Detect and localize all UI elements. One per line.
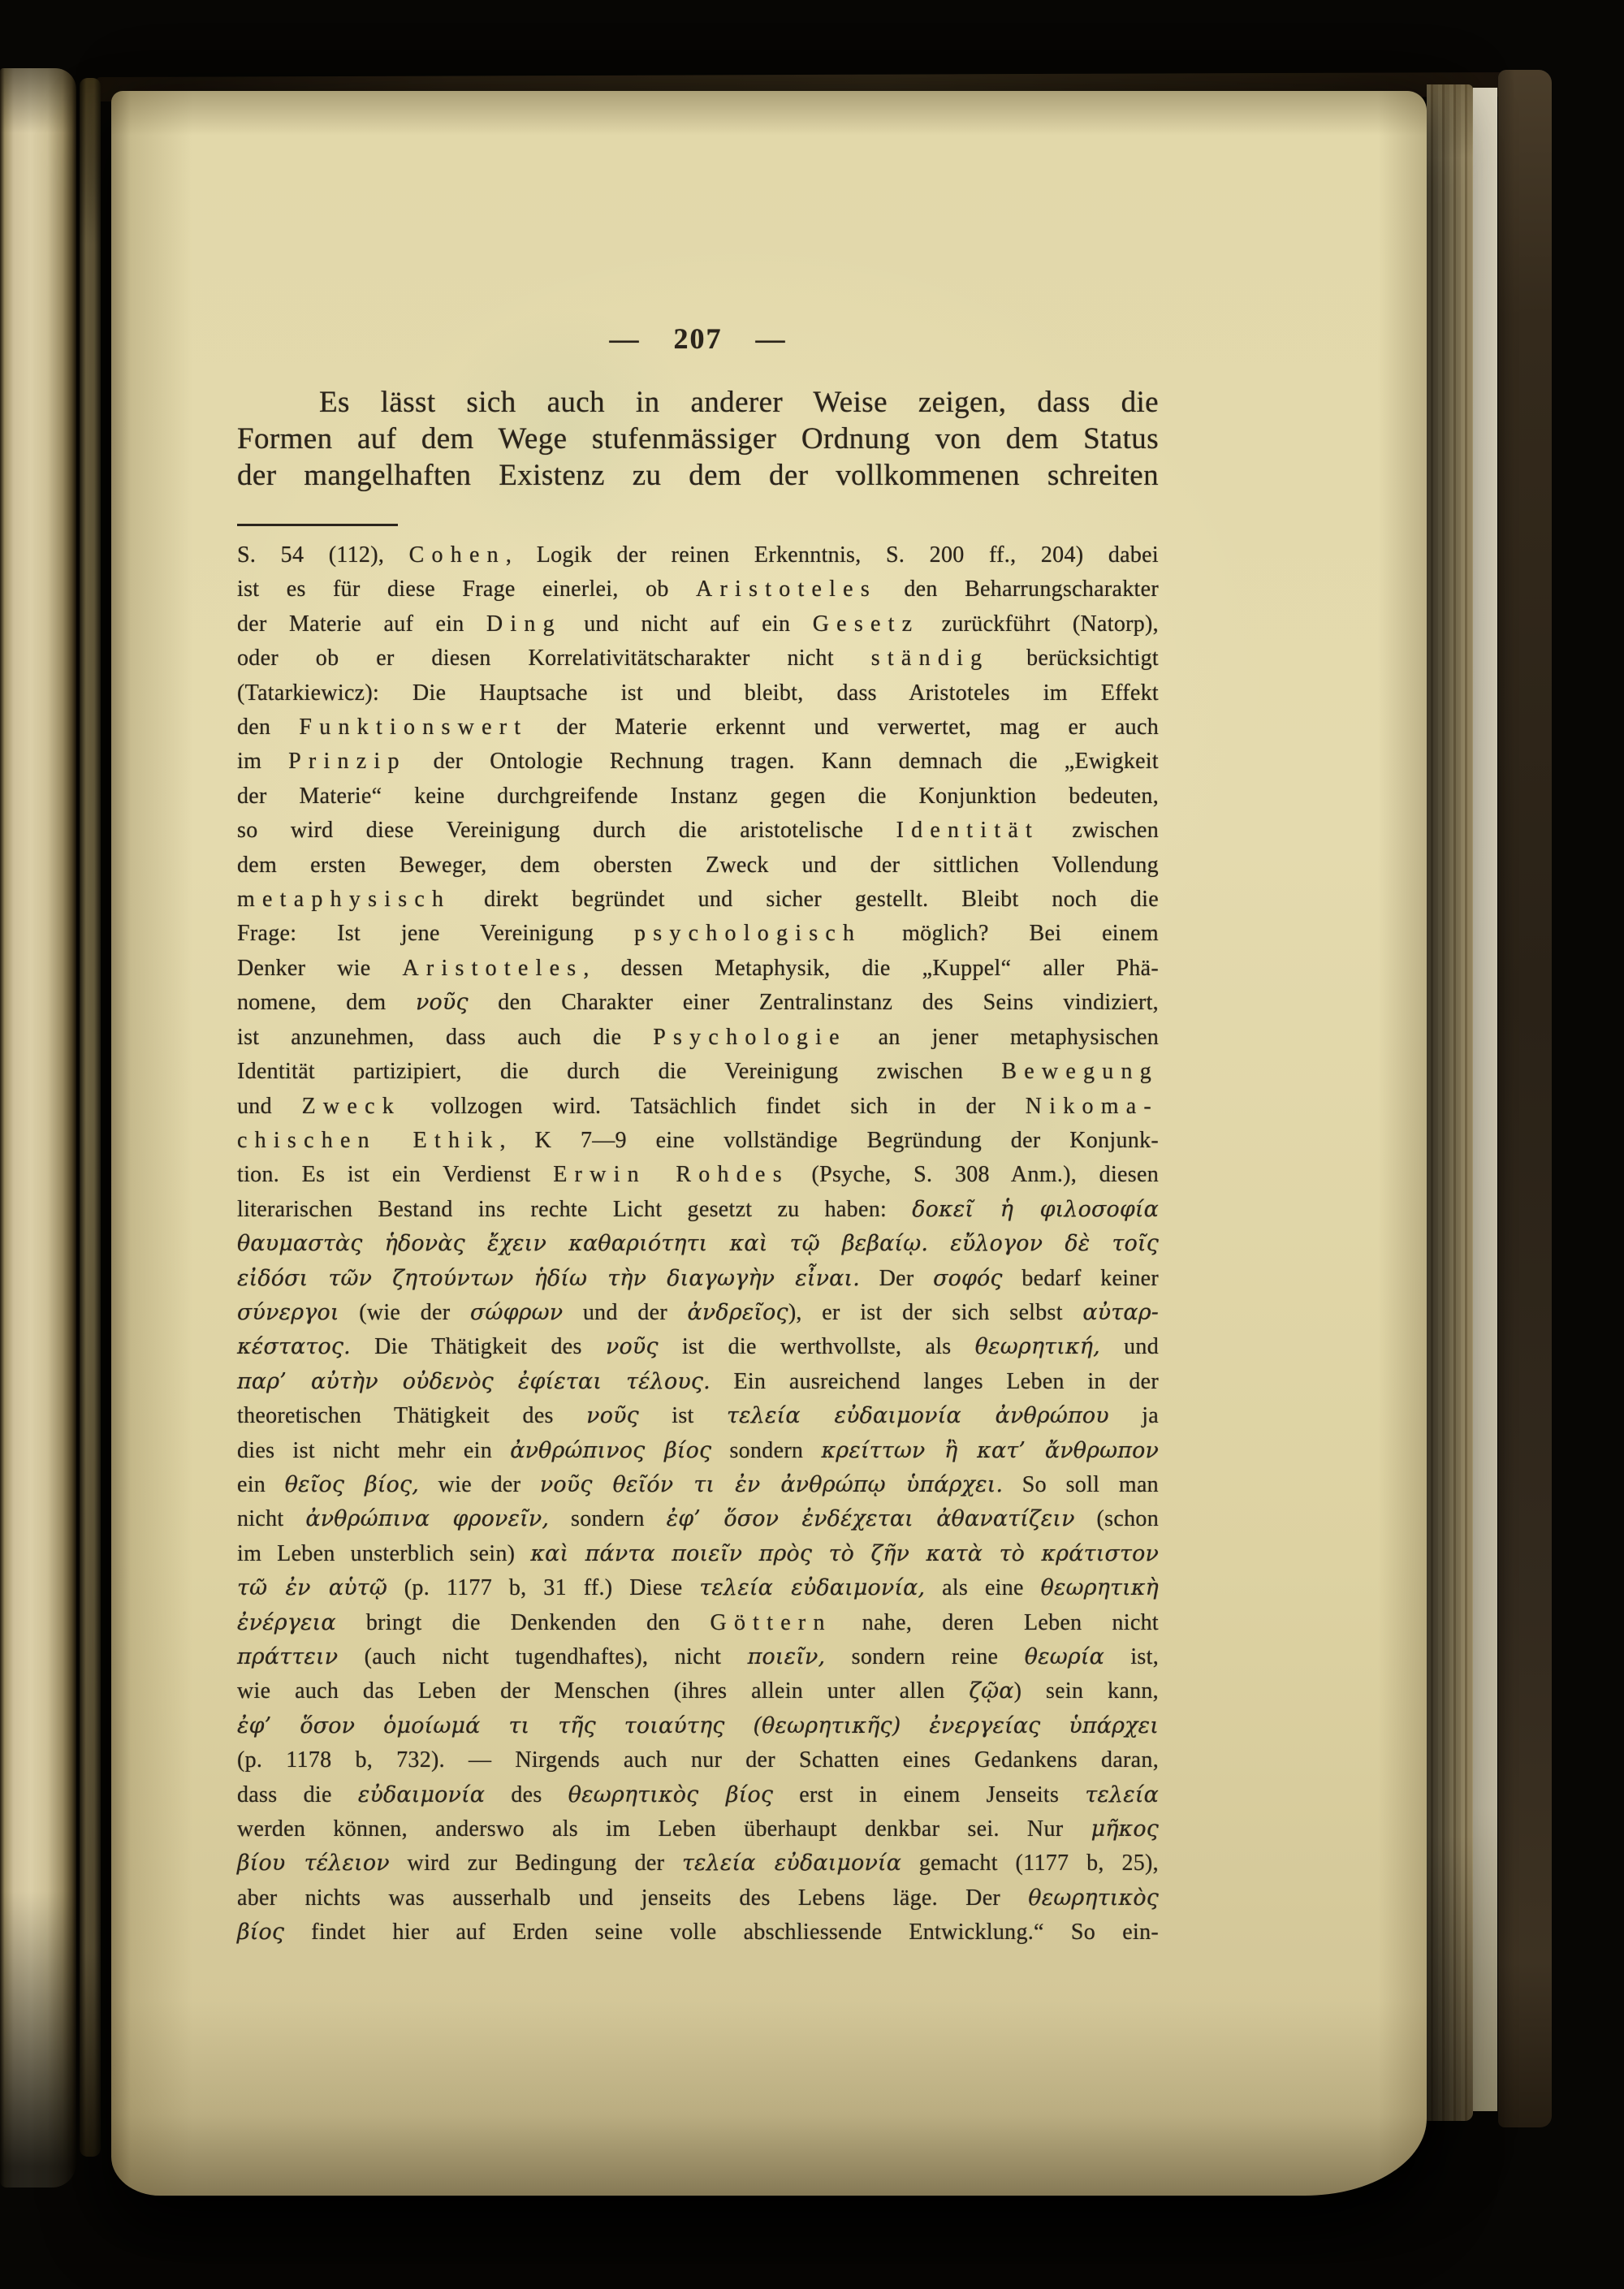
text-segment: (schon [1075,1506,1159,1531]
letterspaced-text-segment: Aristoteles [696,577,877,602]
text-segment: Es lässt sich auch in anderer Weise zeig… [319,386,1159,419]
text-segment: ist, [1104,1644,1159,1669]
text-segment: tion. Es ist ein Verdienst [237,1162,553,1187]
text-segment: ist [639,1403,727,1428]
letterspaced-text-segment: psychologisch [634,921,862,946]
text-segment: als eine [925,1575,1040,1600]
greek-text-segment: νοῦς [586,1403,639,1428]
text-line: werden können, anderswo als im Leben übe… [237,1812,1159,1846]
text-segment: der Materie“ keine durchgreifende Instan… [237,784,1159,809]
text-segment: dies ist nicht mehr ein [237,1438,510,1463]
text-segment: (wie der [339,1300,470,1325]
text-segment: bedarf keiner [1003,1266,1159,1291]
text-line: metaphysisch direkt begründet und sicher… [237,883,1159,917]
text-line: Denker wie Aristoteles, dessen Metaphysi… [237,952,1159,986]
page-stack-inner-edge [1473,88,1497,2111]
greek-text-segment: βίου τέλειον [237,1851,390,1876]
text-segment: ist anzunehmen, dass auch die [237,1025,653,1050]
letterspaced-text-segment: Erwin Rohdes [553,1162,789,1187]
greek-text-segment: σώφρων [470,1300,563,1325]
greek-text-segment: ποιεῖν, [748,1644,826,1669]
text-segment: ja [1109,1403,1159,1428]
text-line: παρ’ αὐτὴν οὐδενὸς ἐφίεται τέλους. Ein a… [237,1365,1159,1399]
letterspaced-text-segment: ständig [871,646,990,671]
greek-text-segment: ζῷα [969,1678,1013,1704]
text-line: aber nichts was ausserhalb und jenseits … [237,1881,1159,1915]
text-segment: wird zur Bedingung der [390,1851,682,1876]
greek-text-segment: θαυμαστὰς ἡδονὰς ἔχειν καθαριότητι καὶ τ… [237,1231,1159,1256]
greek-text-segment: θεωρητικὸς [1028,1885,1159,1911]
text-segment: erst in einem Jenseits [773,1782,1085,1807]
text-line: dem ersten Beweger, dem obersten Zweck u… [237,849,1159,883]
letterspaced-text-segment: Zweck [302,1094,401,1119]
letterspaced-text-segment: Prinzip [288,749,407,774]
text-segment: Formen auf dem Wege stufenmässiger Ordnu… [237,422,1159,456]
text-segment: sondern [549,1506,667,1531]
text-segment: so wird diese Vereinigung durch die aris… [237,818,896,843]
book-gutter [80,78,101,2157]
letterspaced-text-segment: Identität [896,818,1039,843]
greek-text-segment: σοφός [933,1266,1003,1291]
text-line: Formen auf dem Wege stufenmässiger Ordnu… [237,421,1159,457]
greek-text-segment: τῶ ἐν αὑτῷ [237,1575,387,1600]
text-line: im Leben unsterblich sein) καὶ πάντα ποι… [237,1537,1159,1571]
text-segment: oder ob er diesen Korrelativitätscharakt… [237,646,871,671]
text-line: S. 54 (112), Cohen, Logik der reinen Erk… [237,538,1159,572]
text-line: ἐφ’ ὅσον ὁμοίωμά τι τῆς τοιαύτης (θεωρητ… [237,1709,1159,1743]
book-cover-edge [1498,70,1552,2127]
text-segment: bringt die Denkenden den [336,1610,710,1635]
text-segment: berücksichtigt [989,646,1159,671]
text-line: Identität partizipiert, die durch die Ve… [237,1055,1159,1089]
greek-text-segment: δοκεῖ ἡ φιλοσοφία [912,1197,1159,1222]
text-line: κέστατος. Die Thätigkeit des νοῦς ist di… [237,1330,1159,1364]
text-segment: sondern reine [825,1644,1024,1669]
text-segment: ist die werthvollste, als [659,1334,975,1359]
letterspaced-text-segment: Cohen [409,542,506,568]
letterspaced-text-segment: Ding [486,611,562,637]
greek-text-segment: ἐφ’ ὅσον ἐνδέχεται ἀθανατίζειν [667,1506,1075,1531]
text-segment: des [485,1782,568,1807]
text-line: so wird diese Vereinigung durch die aris… [237,814,1159,848]
letterspaced-text-segment: Göttern [710,1610,831,1635]
text-segment: Ein ausreichend langes Leben in der [710,1369,1159,1394]
greek-text-segment: παρ’ αὐτὴν οὐδενὸς ἐφίεται τέλους. [237,1369,710,1394]
greek-text-segment: εἰδόσι τῶν ζητούντων ἡδίω τὴν διαγωγὴν ε… [237,1266,860,1291]
greek-text-segment: κέστατος. [237,1334,351,1359]
text-line: Frage: Ist jene Vereinigung psychologisc… [237,917,1159,951]
greek-text-segment: ἐνέργεια [237,1610,336,1635]
text-segment: Identität partizipiert, die durch die Ve… [237,1059,1001,1084]
letterspaced-text-segment: Psychologie [653,1025,847,1050]
text-segment: S. 54 (112), [237,542,409,568]
text-segment: So soll man [1003,1472,1159,1497]
text-segment: nomene, dem [237,990,416,1015]
letterspaced-text-segment: Nikoma- [1026,1094,1159,1119]
book-page: — 207 — Es lässt sich auch in anderer We… [111,91,1427,2196]
text-segment: der mangelhaften Existenz zu dem der vol… [237,459,1159,492]
text-segment: (auch nicht tugendhaftes), nicht [338,1644,747,1669]
text-line: ἐνέργεια bringt die Denkenden den Götter… [237,1606,1159,1640]
greek-text-segment: πράττειν [237,1644,338,1669]
text-segment: der Ontologie Rechnung tragen. Kann demn… [407,749,1159,774]
text-line: (Tatarkiewicz): Die Hauptsache ist und b… [237,676,1159,710]
greek-text-segment: ἀνδρεῖος [688,1300,788,1325]
greek-text-segment: θεωρητικὴ [1041,1575,1159,1600]
letterspaced-text-segment: Aristoteles [402,956,583,981]
text-segment: und nicht auf ein [562,611,813,637]
text-line: θαυμαστὰς ἡδονὰς ἔχειν καθαριότητι καὶ τ… [237,1227,1159,1261]
book-scan: — 207 — Es lässt sich auch in anderer We… [0,0,1624,2289]
text-line: der Materie auf ein Ding und nicht auf e… [237,607,1159,641]
footnote-separator [237,524,398,526]
text-segment: ist es für diese Frage einerlei, ob [237,577,696,602]
greek-text-segment: θεωρία [1025,1644,1104,1669]
letterspaced-text-segment: chischen Ethik [237,1128,500,1153]
text-line: und Zweck vollzogen wird. Tatsächlich fi… [237,1090,1159,1124]
text-segment: (p. 1178 b, 732). — Nirgends auch nur de… [237,1747,1159,1773]
text-segment: dem ersten Beweger, dem obersten Zweck u… [237,853,1159,878]
greek-text-segment: θεῖος βίος, [285,1472,419,1497]
text-segment: (Tatarkiewicz): Die Hauptsache ist und b… [237,680,1159,706]
text-segment: ein [237,1472,285,1497]
text-segment: den Charakter einer Zentralinstanz des S… [469,990,1159,1015]
text-segment: (Psyche, S. 308 Anm.), diesen [789,1162,1159,1187]
text-segment: nicht [237,1506,305,1531]
text-line: nicht ἀνθρώπινα φρονεῖν, sondern ἐφ’ ὅσο… [237,1502,1159,1536]
text-segment: Frage: Ist jene Vereinigung [237,921,634,946]
text-segment: Denker wie [237,956,402,981]
text-line: βίος findet hier auf Erden seine volle a… [237,1915,1159,1950]
main-paragraph: Es lässt sich auch in anderer Weise zeig… [237,384,1159,494]
text-segment: ) sein kann, [1014,1678,1159,1704]
greek-text-segment: ἀνθρώπινα φρονεῖν, [305,1506,549,1531]
text-segment: zurückführt (Natorp), [919,611,1159,637]
text-segment: , K 7—9 eine vollständige Begründung der… [500,1128,1160,1153]
text-line: literarischen Bestand ins rechte Licht g… [237,1193,1159,1227]
footnote-block: S. 54 (112), Cohen, Logik der reinen Erk… [237,538,1159,1950]
text-line: wie auch das Leben der Menschen (ihres a… [237,1674,1159,1708]
text-segment: , dessen Metaphysik, die „Kuppel“ aller … [583,956,1159,981]
greek-text-segment: νοῦς θεῖόν τι ἐν ἀνθρώπῳ ὑπάρχει. [540,1472,1003,1497]
text-line: der mangelhaften Existenz zu dem der vol… [237,457,1159,494]
text-line: dies ist nicht mehr ein ἀνθρώπινος βίος … [237,1434,1159,1468]
text-segment: theoretischen Thätigkeit des [237,1403,586,1428]
letterspaced-text-segment: metaphysisch [237,887,451,912]
greek-text-segment: νοῦς [416,990,469,1015]
greek-text-segment: θεωρητικὸς βίος [568,1782,773,1807]
previous-page-edge [0,68,76,2188]
greek-text-segment: τελεία εὐδαιμονία ἀνθρώπου [727,1403,1109,1428]
text-segment: aber nichts was ausserhalb und jenseits … [237,1885,1028,1911]
text-line: ist anzunehmen, dass auch die Psychologi… [237,1021,1159,1055]
page-number: — 207 — [237,322,1159,356]
page-stack-edge [1427,84,1473,2121]
text-line: εἰδόσι τῶν ζητούντων ἡδίω τὴν διαγωγὴν ε… [237,1262,1159,1296]
text-line: oder ob er diesen Korrelativitätscharakt… [237,641,1159,676]
greek-text-segment: κρείττων ἢ κατ’ ἄνθρωπον [822,1438,1160,1463]
text-segment: dass die [237,1782,358,1807]
greek-text-segment: μῆκος [1091,1816,1159,1842]
text-segment: der Materie erkennt und verwertet, mag e… [528,715,1159,740]
text-line: σύνεργοι (wie der σώφρων und der ἀνδρεῖο… [237,1296,1159,1330]
text-segment: (p. 1177 b, 31 ff.) Diese [387,1575,699,1600]
text-segment: im [237,749,288,774]
text-segment: zwischen [1039,818,1159,843]
text-segment: und [237,1094,302,1119]
text-line: βίου τέλειον wird zur Bedingung der τελε… [237,1846,1159,1881]
greek-text-segment: τελεία εὐδαιμονία, [699,1575,925,1600]
text-line: chischen Ethik, K 7—9 eine vollständige … [237,1124,1159,1158]
text-line: dass die εὐδαιμονία des θεωρητικὸς βίος … [237,1778,1159,1812]
text-segment: gemacht (1177 b, 25), [901,1851,1159,1876]
letterspaced-text-segment: Gesetz [813,611,920,637]
text-segment: werden können, anderswo als im Leben übe… [237,1816,1091,1842]
text-line: der Materie“ keine durchgreifende Instan… [237,780,1159,814]
greek-text-segment: τελεία εὐδαιμονία [682,1851,901,1876]
text-segment: vollzogen wird. Tatsächlich findet sich … [401,1094,1026,1119]
text-segment: möglich? Bei einem [862,921,1159,946]
greek-text-segment: τελεία [1085,1782,1159,1807]
text-line: nomene, dem νοῦς den Charakter einer Zen… [237,986,1159,1020]
text-line: (p. 1178 b, 732). — Nirgends auch nur de… [237,1743,1159,1777]
text-line: im Prinzip der Ontologie Rechnung tragen… [237,745,1159,779]
text-segment: literarischen Bestand ins rechte Licht g… [237,1197,912,1222]
text-segment: der Materie auf ein [237,611,486,637]
text-segment: und der [563,1300,687,1325]
text-line: τῶ ἐν αὑτῷ (p. 1177 b, 31 ff.) Diese τελ… [237,1571,1159,1605]
text-segment: den Beharrungscharakter [877,577,1159,602]
text-segment: Der [860,1266,933,1291]
text-segment: wie auch das Leben der Menschen (ihres a… [237,1678,969,1704]
text-segment: ), er ist der sich selbst [788,1300,1083,1325]
text-segment: direkt begründet und sicher gestellt. Bl… [451,887,1159,912]
text-line: theoretischen Thätigkeit des νοῦς ist τε… [237,1399,1159,1433]
text-segment: und [1100,1334,1159,1359]
text-segment: an jener metaphysischen [847,1025,1159,1050]
text-line: den Funktionswert der Materie erkennt un… [237,710,1159,745]
text-segment: nahe, deren Leben nicht [832,1610,1159,1635]
greek-text-segment: αὐταρ- [1082,1300,1159,1325]
greek-text-segment: ἐφ’ ὅσον ὁμοίωμά τι τῆς τοιαύτης (θεωρητ… [237,1713,1159,1738]
text-line: tion. Es ist ein Verdienst Erwin Rohdes … [237,1158,1159,1192]
text-segment: findet hier auf Erden seine volle abschl… [284,1920,1159,1945]
text-segment: Die Thätigkeit des [351,1334,606,1359]
greek-text-segment: καὶ πάντα ποιεῖν πρὸς τὸ ζῆν κατὰ τὸ κρά… [530,1541,1159,1566]
text-line: Es lässt sich auch in anderer Weise zeig… [237,384,1159,421]
text-segment: sondern [711,1438,821,1463]
text-segment: , Logik der reinen Erkenntnis, S. 200 ff… [506,542,1159,568]
letterspaced-text-segment: Bewegung [1001,1059,1159,1084]
greek-text-segment: βίος [237,1920,284,1945]
greek-text-segment: θεωρητική, [975,1334,1100,1359]
text-segment: im Leben unsterblich sein) [237,1541,530,1566]
text-line: ein θεῖος βίος, wie der νοῦς θεῖόν τι ἐν… [237,1468,1159,1502]
letterspaced-text-segment: Funktionswert [299,715,528,740]
greek-text-segment: νοῦς [606,1334,659,1359]
greek-text-segment: σύνεργοι [237,1300,339,1325]
greek-text-segment: ἀνθρώπινος βίος [510,1438,711,1463]
text-line: πράττειν (auch nicht tugendhaftes), nich… [237,1640,1159,1674]
text-segment: den [237,715,299,740]
text-segment: wie der [419,1472,540,1497]
greek-text-segment: εὐδαιμονία [358,1782,485,1807]
text-line: ist es für diese Frage einerlei, ob Aris… [237,572,1159,607]
